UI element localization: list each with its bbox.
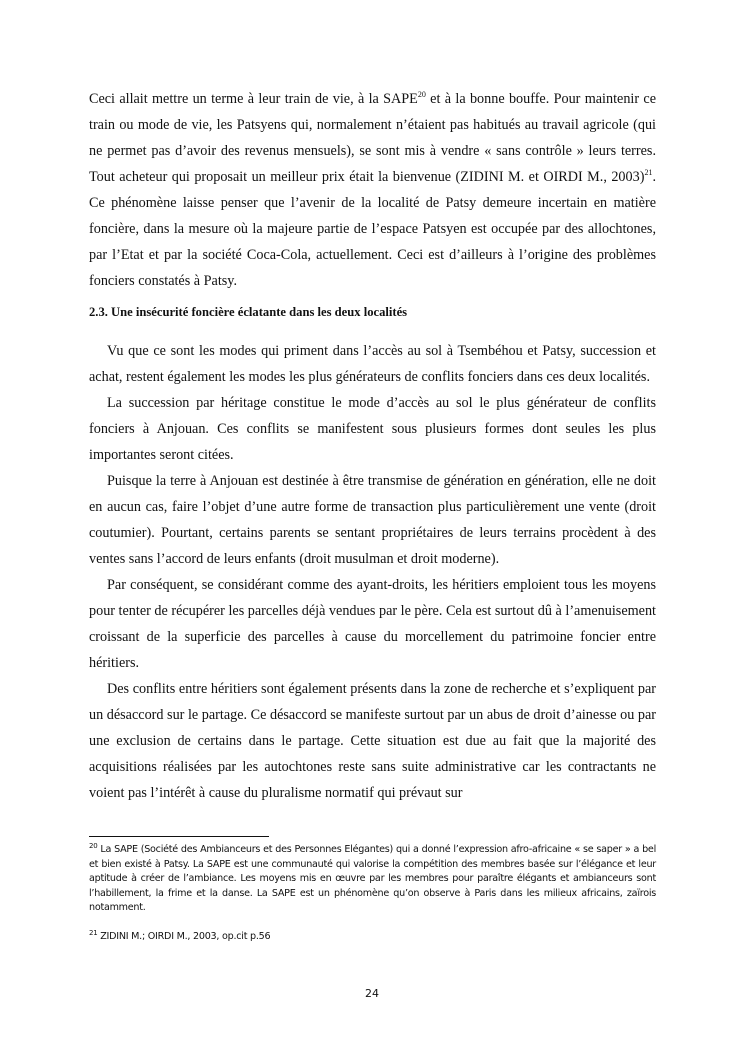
footnotes: 20 La SAPE (Société des Ambianceurs et d… — [89, 843, 656, 944]
paragraph: La succession par héritage constitue le … — [89, 390, 656, 468]
section-body: Vu que ce sont les modes qui priment dan… — [89, 338, 656, 806]
footnote-separator — [89, 836, 269, 837]
paragraph: Vu que ce sont les modes qui priment dan… — [89, 338, 656, 390]
footnote-text: La SAPE (Société des Ambianceurs et des … — [89, 844, 656, 913]
paragraph: Des conflits entre héritiers sont égalem… — [89, 676, 656, 806]
intro-text-part-1: Ceci allait mettre un terme à leur train… — [89, 91, 418, 107]
footnote-21: 21 ZIDINI M.; OIRDI M., 2003, op.cit p.5… — [89, 930, 656, 945]
footnote-20: 20 La SAPE (Société des Ambianceurs et d… — [89, 843, 656, 916]
paragraph: Par conséquent, se considérant comme des… — [89, 572, 656, 676]
intro-text-part-3: . Ce phénomène laisse penser que l’aveni… — [89, 169, 656, 289]
intro-paragraph-block: Ceci allait mettre un terme à leur train… — [89, 86, 656, 294]
footnote-ref-20[interactable]: 20 — [418, 90, 426, 99]
paragraph: Puisque la terre à Anjouan est destinée … — [89, 468, 656, 572]
footnote-text: ZIDINI M.; OIRDI M., 2003, op.cit p.56 — [97, 931, 270, 942]
section-heading: 2.3. Une insécurité foncière éclatante d… — [89, 305, 407, 320]
document-page: Ceci allait mettre un terme à leur train… — [0, 0, 744, 1053]
intro-paragraph: Ceci allait mettre un terme à leur train… — [89, 86, 656, 294]
page-number: 24 — [0, 987, 744, 1000]
